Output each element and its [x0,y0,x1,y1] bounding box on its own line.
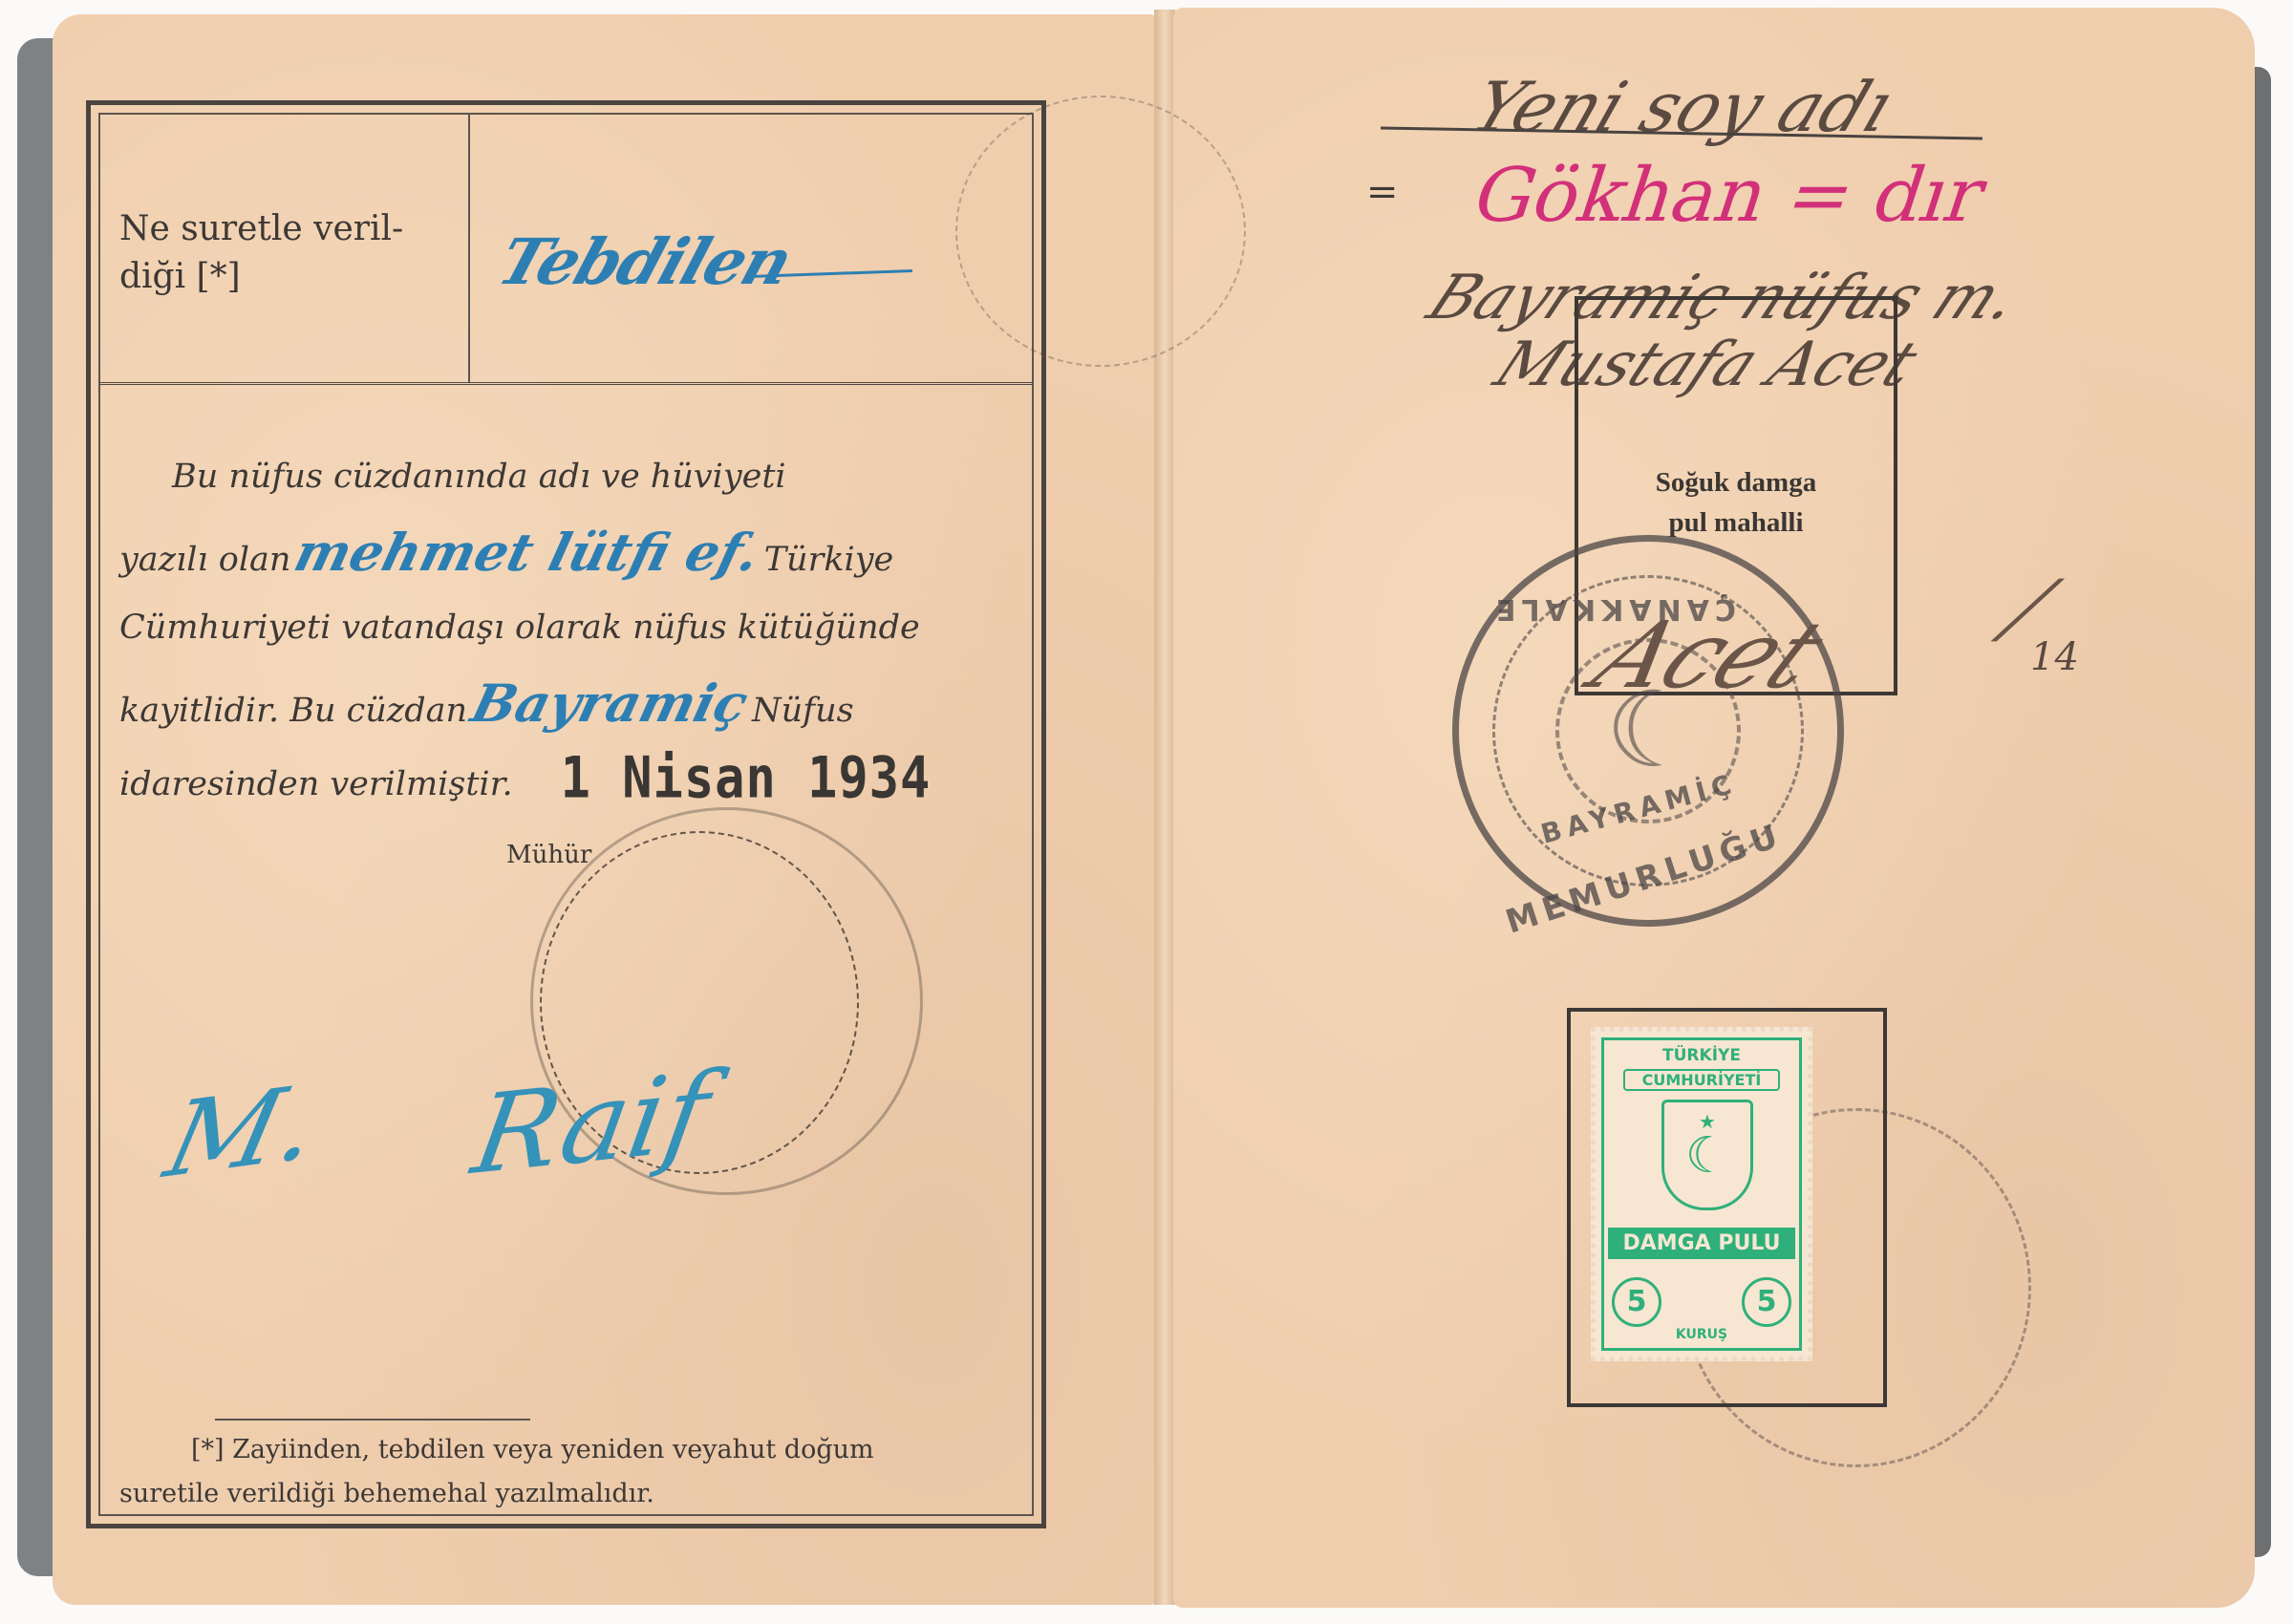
faded-seal-impression [955,96,1246,367]
seal-label: Mühür [506,841,591,869]
frame-inner-border: Ne suretle veril- diği [*] Tebdilen Bu n… [98,113,1034,1516]
equals-mark: = [1366,170,1399,214]
column-divider [468,115,470,382]
page-mark: 14 [2030,635,2079,679]
revenue-stamp-design: TÜRKİYE CUMHURİYETİ ★ ☾ DAMGA PULU 5 5 K… [1601,1037,1802,1351]
issuing-office: Bayramiç [463,666,756,741]
stamp-currency: KURUŞ [1604,1327,1799,1342]
issue-method-row: Ne suretle veril- diği [*] Tebdilen [100,115,1032,385]
body-text: kayitlidir. Bu cüzdan [119,692,467,730]
signature-name: Raif [464,1049,717,1200]
stamp-country: TÜRKİYE [1604,1046,1799,1065]
holder-name: mehmet lütfi ef. [288,515,768,590]
body-line-1: Bu nüfus cüzdanında adı ve hüviyeti [119,439,1008,515]
stamp-value-left: 5 [1612,1277,1661,1327]
shield-icon: ★ ☾ [1661,1100,1753,1210]
crescent-icon: ☾ [1664,1127,1750,1185]
stamp-republic: CUMHURİYETİ [1623,1069,1780,1091]
body-line-2: yazılı olanmehmet lütfi ef.Türkiye [119,515,1008,590]
certificate-frame: Ne suretle veril- diği [*] Tebdilen Bu n… [86,100,1046,1528]
issue-method-label: Ne suretle veril- diği [*] [119,205,454,301]
issue-label-line2: diği [*] [119,253,454,301]
revenue-stamp: TÜRKİYE CUMHURİYETİ ★ ☾ DAMGA PULU 5 5 K… [1591,1027,1812,1361]
body-text: Türkiye [764,541,894,579]
body-text: idaresinden verilmiştir. [119,765,513,803]
issue-method-value: Tebdilen [489,224,800,299]
footnote: [*] Zayiinden, tebdilen veya yeniden vey… [119,1428,1008,1516]
footnote-rule [215,1419,530,1421]
issue-label-line1: Ne suretle veril- [119,205,454,253]
body-line-4: kayitlidir. Bu cüzdanBayramiçNüfus [119,666,1008,741]
stamp-value-right: 5 [1742,1277,1791,1327]
footnote-line-2: suretile verildiği behemehal yazılmalıdı… [119,1479,654,1508]
booklet-spine [17,38,57,1576]
stamp-label: DAMGA PULU [1608,1228,1795,1259]
body-line-3: Cümhuriyeti vatandaşı olarak nüfus kütüğ… [119,590,1008,666]
cold-stamp-label: Soğuk damga pul mahalli [1578,462,1894,543]
certificate-body: Bu nüfus cüzdanında adı ve hüviyeti yazı… [119,439,1008,817]
cold-stamp-label-line1: Soğuk damga [1578,462,1894,502]
body-text: yazılı olan [119,541,290,579]
new-surname: Gökhan = dır [1462,153,1997,239]
body-line-5: idaresinden verilmiştir.1 Nisan 1934 [119,741,1008,817]
body-text: Nüfus [752,692,854,730]
footnote-line-1: [*] Zayiinden, tebdilen veya yeniden vey… [119,1428,1008,1472]
